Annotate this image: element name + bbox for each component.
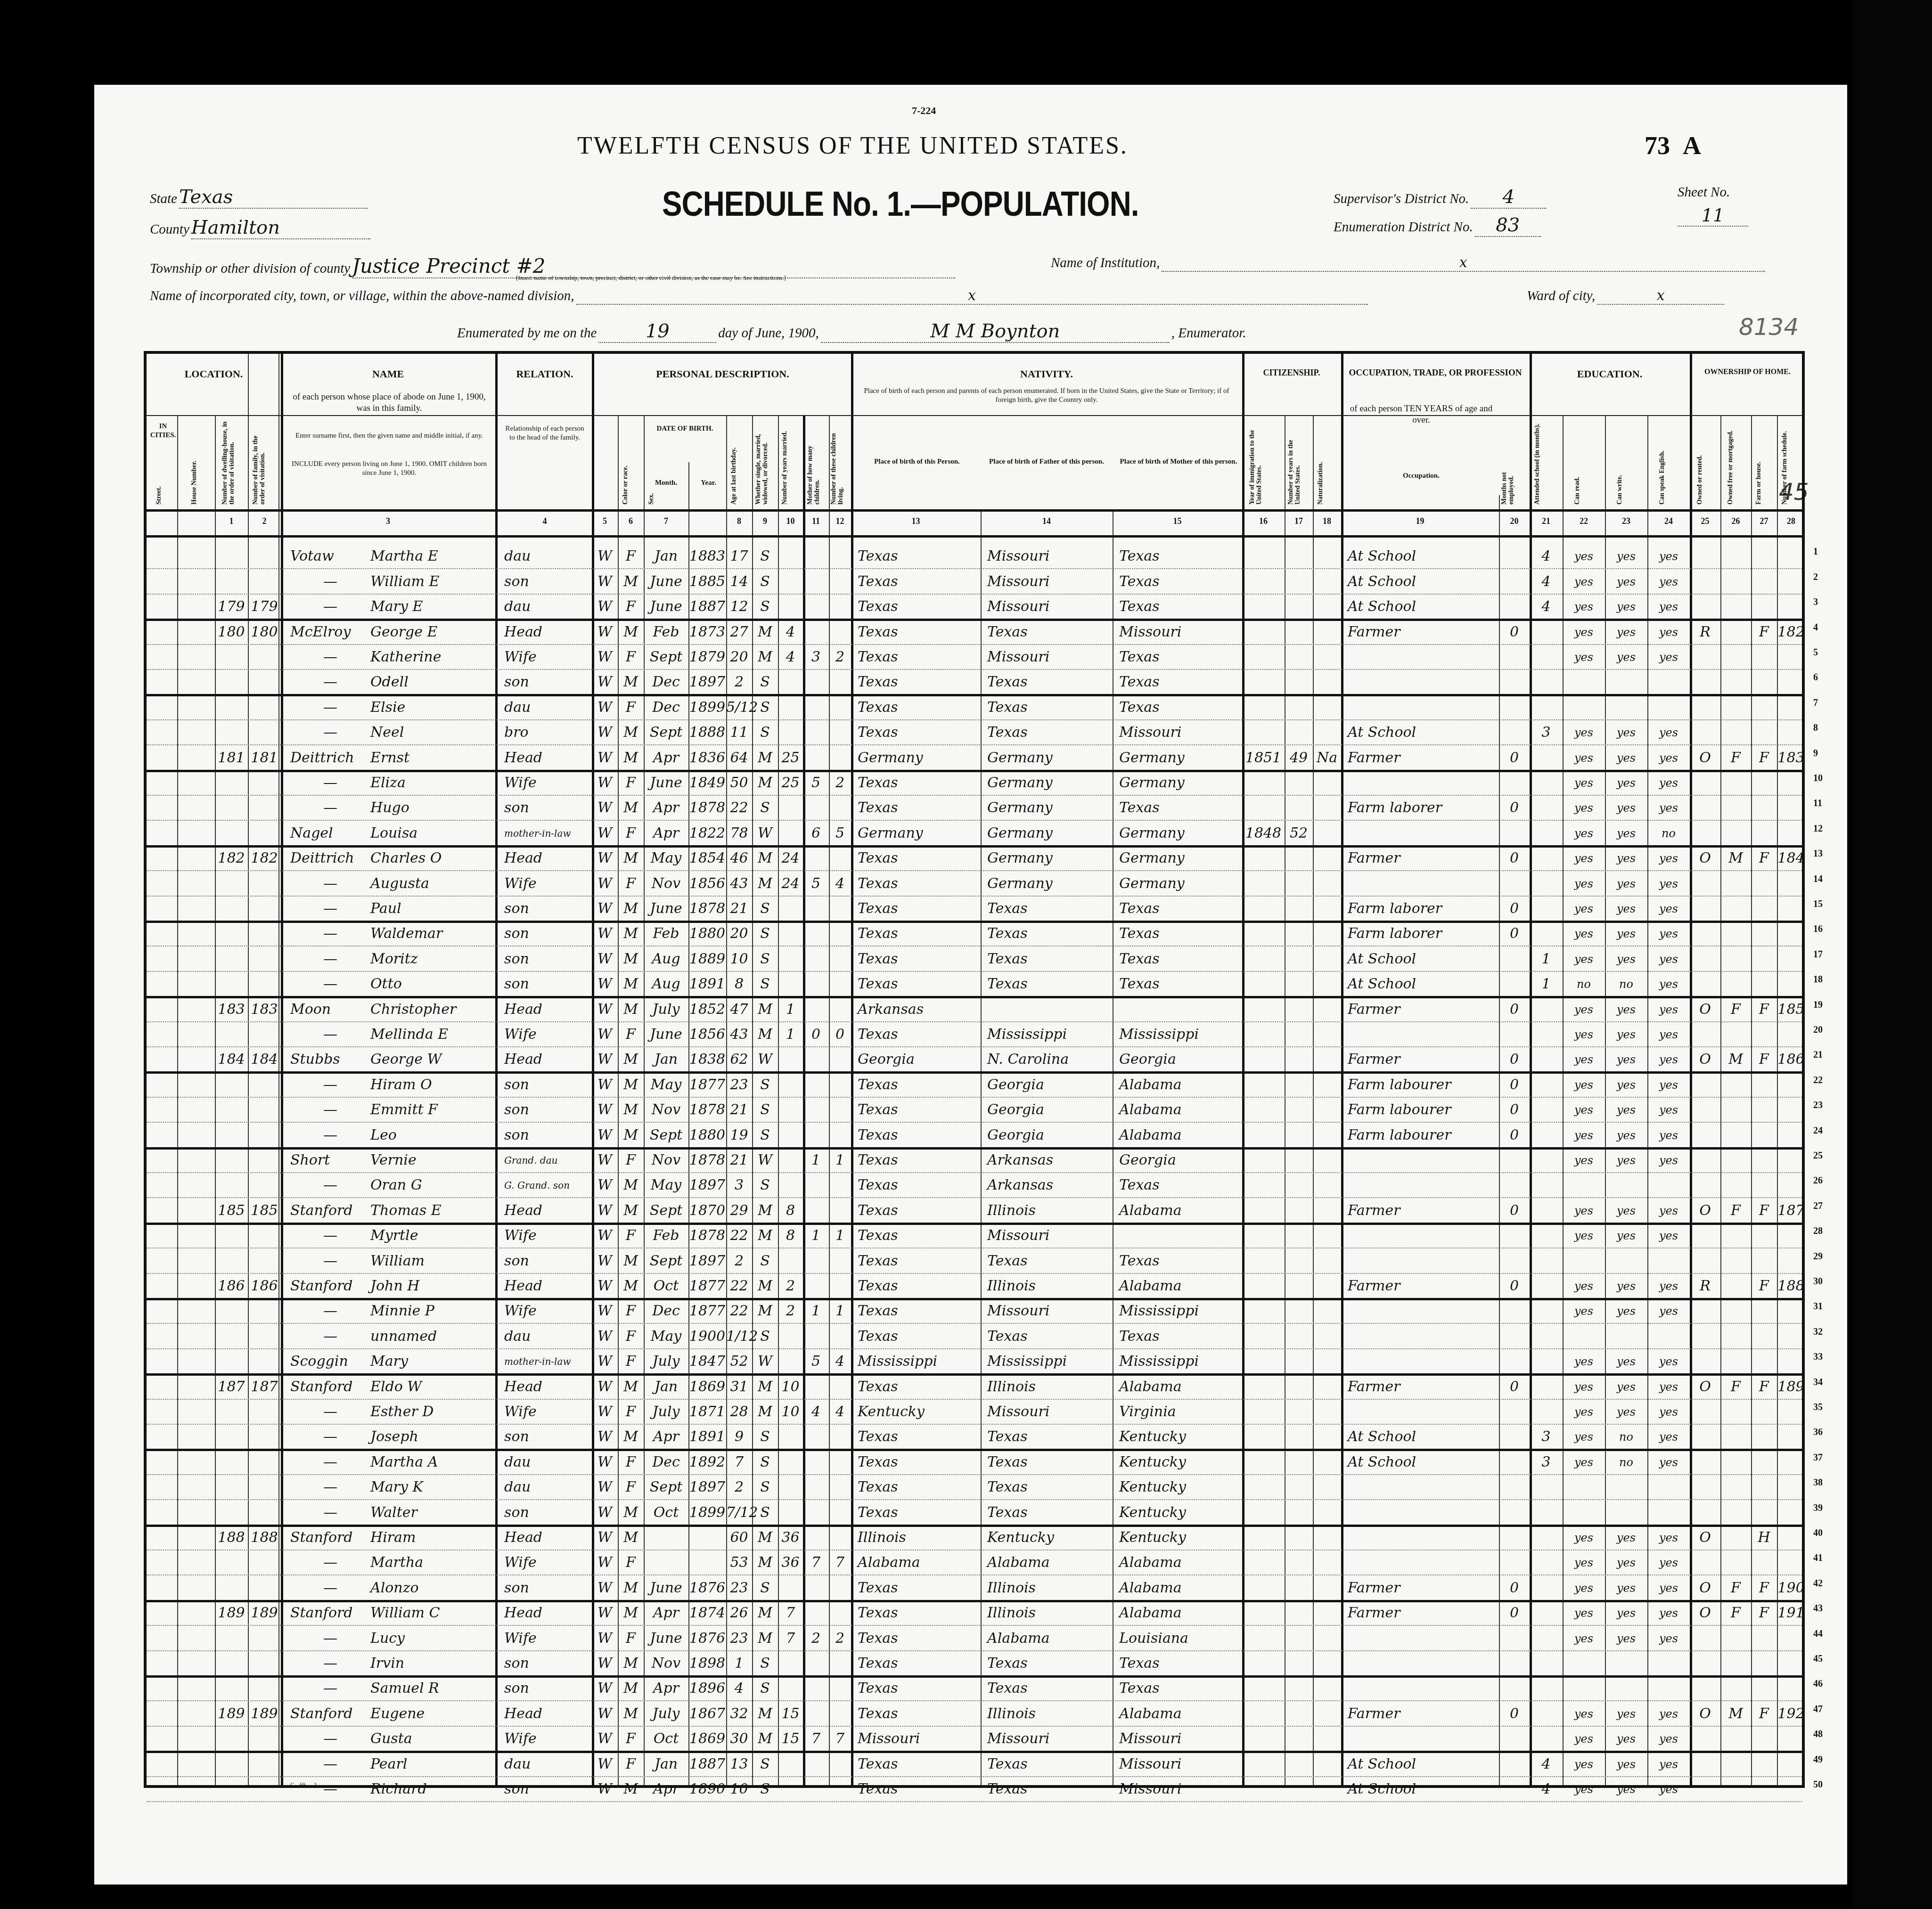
occupation — [1341, 1628, 1506, 1649]
person-name: StanfordHiram — [290, 1527, 493, 1549]
father-birthplace: Texas — [981, 1250, 1119, 1272]
mother-birthplace: Virginia — [1113, 1401, 1249, 1423]
years-in-us — [1285, 1225, 1313, 1247]
birth-year: 1878 — [688, 1150, 726, 1171]
color: W — [592, 1577, 618, 1599]
sex: F — [618, 1728, 644, 1750]
years-in-us — [1285, 948, 1313, 970]
farm-schedule-number — [1777, 873, 1805, 895]
enumerated-prefix: Enumerated by me on the — [457, 326, 597, 341]
months-in-school — [1530, 1225, 1563, 1247]
birthplace: Illinois — [851, 1527, 987, 1549]
person-name: —Odell — [290, 671, 493, 693]
person-name: StanfordThomas E — [290, 1200, 493, 1222]
birthplace: Texas — [851, 1452, 987, 1473]
immigration-year — [1242, 1351, 1285, 1372]
family-number — [248, 1150, 281, 1171]
row-line-number: 35 — [1813, 1402, 1823, 1413]
color: W — [592, 1602, 618, 1624]
column-number: 21 — [1530, 516, 1563, 526]
years-married — [778, 671, 803, 693]
sex: F — [618, 823, 644, 844]
sex: M — [618, 848, 644, 869]
enumeration-district-field: Enumeration District No. 83 — [1334, 214, 1541, 237]
surname: — — [290, 1250, 370, 1272]
ward-field: Ward of city, x — [1527, 287, 1724, 305]
children-living — [829, 1452, 851, 1473]
mother-birthplace: Georgia — [1113, 1150, 1249, 1171]
owned-or-rented — [1690, 873, 1720, 895]
children-living: 2 — [829, 646, 851, 668]
years-in-us — [1285, 546, 1313, 567]
children-living — [829, 1577, 851, 1599]
months-unemployed — [1499, 1778, 1530, 1800]
marital-status: S — [752, 1099, 778, 1121]
occupation: Farm labourer — [1341, 1125, 1506, 1146]
city-value: x — [576, 287, 1368, 305]
can-read: yes — [1563, 546, 1605, 567]
owned-or-rented — [1690, 1250, 1720, 1272]
farm-or-house — [1751, 1175, 1777, 1196]
occupation — [1341, 1678, 1506, 1699]
can-speak-english: yes — [1647, 722, 1690, 743]
months-unemployed — [1499, 948, 1530, 970]
free-or-mortgaged — [1720, 1300, 1751, 1322]
given-name: Katherine — [370, 649, 441, 665]
years-in-us — [1285, 1653, 1313, 1674]
family-number — [248, 1125, 281, 1146]
mother-birthplace: Kentucky — [1113, 1502, 1249, 1524]
owned-or-rented — [1690, 1778, 1720, 1800]
sex: F — [618, 1024, 644, 1045]
immigration-year — [1242, 1376, 1285, 1398]
can-write: yes — [1605, 1351, 1647, 1372]
surname: Stanford — [290, 1376, 370, 1398]
can-read: yes — [1563, 1778, 1605, 1800]
mother-birthplace: Alabama — [1113, 1125, 1249, 1146]
birth-year: 1870 — [688, 1200, 726, 1222]
occupation — [1341, 1175, 1506, 1196]
months-in-school — [1530, 1502, 1563, 1524]
immigration-year — [1242, 1250, 1285, 1272]
can-read: yes — [1563, 571, 1605, 593]
sex: M — [618, 1778, 644, 1800]
father-birthplace: Missouri — [981, 1401, 1119, 1423]
occupation: Farmer — [1341, 1577, 1506, 1599]
marital-status: M — [752, 1275, 778, 1297]
family-number — [248, 797, 281, 819]
years-in-us — [1285, 1049, 1313, 1070]
age: 4 — [726, 1678, 752, 1699]
table-row: —Emmitt FsonWMNov187821STexasGeorgiaAlab… — [147, 1096, 1802, 1122]
age: 12 — [726, 596, 752, 618]
birth-year: 1873 — [688, 621, 726, 643]
farm-or-house — [1751, 1125, 1777, 1146]
farm-or-house — [1751, 898, 1777, 920]
can-speak-english: yes — [1647, 1074, 1690, 1096]
children-living — [829, 1653, 851, 1674]
mother-birthplace: Mississippi — [1113, 1024, 1249, 1045]
marital-status: S — [752, 1477, 778, 1498]
months-in-school — [1530, 1653, 1563, 1674]
naturalization — [1313, 1653, 1341, 1674]
birth-year: 1897 — [688, 1175, 726, 1196]
immigration-year — [1242, 1074, 1285, 1096]
age: 10 — [726, 1778, 752, 1800]
row-line-number: 32 — [1813, 1327, 1823, 1338]
can-speak-english: yes — [1647, 546, 1690, 567]
children-living — [829, 1678, 851, 1699]
sex: M — [618, 948, 644, 970]
farm-or-house — [1751, 973, 1777, 995]
dwelling-number — [215, 772, 248, 794]
page-number-value: 73 — [1645, 131, 1670, 160]
can-write: yes — [1605, 596, 1647, 618]
immigration-year — [1242, 571, 1285, 593]
age: 7/12 — [726, 1502, 752, 1524]
given-name: Alonzo — [370, 1580, 419, 1596]
father-birthplace: Illinois — [981, 1200, 1119, 1222]
relation: son — [498, 571, 598, 593]
can-speak-english: yes — [1647, 772, 1690, 794]
can-write: yes — [1605, 621, 1647, 643]
mother-birthplace: Texas — [1113, 1326, 1249, 1347]
surname: — — [290, 948, 370, 970]
naturalization — [1313, 1074, 1341, 1096]
immigration-year — [1242, 1175, 1285, 1196]
owned-or-rented — [1690, 948, 1720, 970]
relation: mother-in-law — [498, 823, 598, 844]
dwelling-number — [215, 898, 248, 920]
months-in-school — [1530, 1628, 1563, 1649]
mother-birthplace: Alabama — [1113, 1602, 1249, 1624]
dwelling-number — [215, 671, 248, 693]
months-unemployed — [1499, 646, 1530, 668]
header-citizenship: CITIZENSHIP. — [1242, 368, 1341, 378]
birthplace: Texas — [851, 571, 987, 593]
family-number — [248, 646, 281, 668]
farm-schedule-number — [1777, 1502, 1805, 1524]
father-birthplace: Illinois — [981, 1275, 1119, 1297]
relation: son — [498, 1778, 598, 1800]
years-in-us — [1285, 1703, 1313, 1725]
can-read — [1563, 1653, 1605, 1674]
can-read: yes — [1563, 1125, 1605, 1146]
dwelling-number — [215, 1250, 248, 1272]
years-in-us — [1285, 571, 1313, 593]
marital-status: M — [752, 1300, 778, 1322]
months-in-school — [1530, 1552, 1563, 1574]
birth-month: Nov — [644, 1653, 688, 1674]
farm-schedule-number — [1777, 1150, 1805, 1171]
birth-year: 1836 — [688, 747, 726, 769]
table-row: 182182DeittrichCharles OHeadWMMay185446M… — [147, 845, 1802, 870]
given-name: Oran G — [370, 1177, 422, 1193]
marital-status: W — [752, 1049, 778, 1070]
col-house-number: House Number. — [191, 439, 205, 505]
sex: F — [618, 1150, 644, 1171]
dwelling-number — [215, 1452, 248, 1473]
occupation: At School — [1341, 948, 1506, 970]
father-birthplace: N. Carolina — [981, 1049, 1119, 1070]
relation: Wife — [498, 646, 598, 668]
table-row: —GustaWifeWFOct186930M1577MissouriMissou… — [147, 1725, 1802, 1751]
farm-schedule-number — [1777, 1754, 1805, 1775]
given-name: Emmitt F — [370, 1101, 438, 1118]
months-unemployed: 0 — [1499, 1049, 1530, 1070]
can-write: yes — [1605, 722, 1647, 743]
family-number — [248, 1577, 281, 1599]
can-read: yes — [1563, 898, 1605, 920]
can-read: yes — [1563, 1200, 1605, 1222]
free-or-mortgaged: F — [1720, 747, 1751, 769]
birth-month: Sept — [644, 722, 688, 743]
header-occupation: OCCUPATION, TRADE, OR PROFESSION — [1343, 368, 1527, 378]
owned-or-rented — [1690, 1326, 1720, 1347]
father-birthplace — [981, 999, 1119, 1020]
owned-or-rented — [1690, 1628, 1720, 1649]
farm-schedule-number: 184 — [1777, 848, 1805, 869]
birth-year: 1898 — [688, 1653, 726, 1674]
person-name: ShortVernie — [290, 1150, 493, 1171]
months-unemployed — [1499, 546, 1530, 567]
marital-status: W — [752, 823, 778, 844]
months-unemployed: 0 — [1499, 923, 1530, 945]
page-number: 73 A — [1645, 131, 1701, 160]
birthplace: Texas — [851, 1376, 987, 1398]
free-or-mortgaged — [1720, 1527, 1751, 1549]
birth-month: May — [644, 1175, 688, 1196]
naturalization — [1313, 1376, 1341, 1398]
months-unemployed — [1499, 1477, 1530, 1498]
age: 11 — [726, 722, 752, 743]
age: 28 — [726, 1401, 752, 1423]
can-write — [1605, 1326, 1647, 1347]
dwelling-number — [215, 1351, 248, 1372]
occupation: Farm labourer — [1341, 1074, 1506, 1096]
row-line-number: 43 — [1813, 1603, 1823, 1614]
birth-year: 1880 — [688, 1125, 726, 1146]
can-speak-english: yes — [1647, 1552, 1690, 1574]
mother-of-children — [803, 596, 829, 618]
can-write: yes — [1605, 1703, 1647, 1725]
father-birthplace: Mississippi — [981, 1024, 1119, 1045]
farm-schedule-number — [1777, 823, 1805, 844]
dwelling-number: 189 — [215, 1602, 248, 1624]
relation: Head — [498, 1527, 598, 1549]
age: 2 — [726, 1477, 752, 1498]
family-number — [248, 973, 281, 995]
owned-or-rented: O — [1690, 1200, 1720, 1222]
farm-schedule-number: 189 — [1777, 1376, 1805, 1398]
color: W — [592, 1703, 618, 1725]
sex: M — [618, 1074, 644, 1096]
owned-or-rented: O — [1690, 848, 1720, 869]
farm-or-house: F — [1751, 1577, 1777, 1599]
age: 21 — [726, 1099, 752, 1121]
owned-or-rented: O — [1690, 1049, 1720, 1070]
occupation — [1341, 697, 1506, 718]
mother-of-children — [803, 1527, 829, 1549]
can-write: yes — [1605, 1049, 1647, 1070]
can-write: yes — [1605, 1125, 1647, 1146]
relation: son — [498, 1125, 598, 1146]
column-number: 3 — [281, 516, 495, 526]
header-nativity-desc: Place of birth of each person and parent… — [856, 387, 1237, 405]
relation: son — [498, 1099, 598, 1121]
row-line-number: 28 — [1813, 1226, 1823, 1237]
can-read: yes — [1563, 1628, 1605, 1649]
birth-month: Apr — [644, 1778, 688, 1800]
birthplace: Missouri — [851, 1728, 987, 1750]
given-name: Moritz — [370, 951, 418, 967]
owned-or-rented — [1690, 1351, 1720, 1372]
can-read: yes — [1563, 1426, 1605, 1448]
surname: — — [290, 1099, 370, 1121]
naturalization — [1313, 1628, 1341, 1649]
occupation: At School — [1341, 596, 1506, 618]
relation: son — [498, 923, 598, 945]
can-speak-english: yes — [1647, 1602, 1690, 1624]
can-read: yes — [1563, 1024, 1605, 1045]
person-name: NagelLouisa — [290, 823, 493, 844]
mother-birthplace: Texas — [1113, 596, 1249, 618]
surname: Moon — [290, 999, 370, 1020]
mother-of-children — [803, 546, 829, 567]
months-in-school — [1530, 697, 1563, 718]
occupation: Farmer — [1341, 621, 1506, 643]
mother-of-children — [803, 1125, 829, 1146]
age: 29 — [726, 1200, 752, 1222]
marital-status: M — [752, 873, 778, 895]
given-name: Mary — [370, 1353, 408, 1370]
birth-month: Apr — [644, 747, 688, 769]
birth-month: Jan — [644, 1754, 688, 1775]
relation: G. Grand. son — [498, 1175, 598, 1196]
years-married — [778, 1125, 803, 1146]
family-number: 180 — [248, 621, 281, 643]
years-married — [778, 1502, 803, 1524]
header-in-cities: IN CITIES. — [147, 422, 180, 440]
years-married — [778, 1577, 803, 1599]
given-name: Gusta — [370, 1730, 412, 1747]
months-unemployed — [1499, 1552, 1530, 1574]
birth-year: 1867 — [688, 1703, 726, 1725]
months-unemployed: 0 — [1499, 848, 1530, 869]
mother-birthplace: Mississippi — [1113, 1300, 1249, 1322]
mother-of-children: 1 — [803, 1150, 829, 1171]
can-speak-english — [1647, 1678, 1690, 1699]
farm-schedule-number — [1777, 1628, 1805, 1649]
column-number: 10 — [778, 516, 803, 526]
color: W — [592, 1049, 618, 1070]
birth-year: 1869 — [688, 1728, 726, 1750]
row-line-number: 40 — [1813, 1528, 1823, 1539]
sex: M — [618, 747, 644, 769]
occupation: At School — [1341, 722, 1506, 743]
row-line-number: 10 — [1813, 773, 1823, 784]
table-row: —MoritzsonWMAug188910STexasTexasTexasAt … — [147, 946, 1802, 971]
marital-status: M — [752, 1602, 778, 1624]
father-birthplace: Germany — [981, 873, 1119, 895]
birth-year: 1878 — [688, 1099, 726, 1121]
years-in-us — [1285, 797, 1313, 819]
birth-year: 1890 — [688, 1778, 726, 1800]
months-in-school — [1530, 873, 1563, 895]
marital-status: S — [752, 1175, 778, 1196]
months-in-school: 1 — [1530, 948, 1563, 970]
person-name: —Katherine — [290, 646, 493, 668]
marital-status: M — [752, 1376, 778, 1398]
book-binding-edge — [1852, 0, 1932, 1909]
children-living — [829, 1527, 851, 1549]
age: 5/12 — [726, 697, 752, 718]
sex: M — [618, 1250, 644, 1272]
family-number: 189 — [248, 1703, 281, 1725]
surname: — — [290, 1326, 370, 1347]
table-row: —ElizaWifeWFJune184950M2552TexasGermanyG… — [147, 769, 1802, 795]
marital-status: S — [752, 948, 778, 970]
months-unemployed — [1499, 1426, 1530, 1448]
can-read — [1563, 697, 1605, 718]
birth-month: Apr — [644, 1602, 688, 1624]
children-living — [829, 1200, 851, 1222]
mother-of-children: 5 — [803, 873, 829, 895]
free-or-mortgaged — [1720, 1250, 1751, 1272]
row-line-number: 15 — [1813, 899, 1823, 910]
immigration-year — [1242, 671, 1285, 693]
header-name-instr1: Enter surname first, then the given name… — [288, 432, 491, 441]
owned-or-rented: R — [1690, 1275, 1720, 1297]
row-line-number: 24 — [1813, 1126, 1823, 1136]
table-row: 187187StanfordEldo WHeadWMJan186931M10Te… — [147, 1373, 1802, 1399]
years-in-us — [1285, 1502, 1313, 1524]
free-or-mortgaged — [1720, 1728, 1751, 1750]
marital-status: M — [752, 999, 778, 1020]
table-row: —WaldemarsonWMFeb188020STexasTexasTexasF… — [147, 920, 1802, 946]
can-speak-english — [1647, 697, 1690, 718]
person-name: —Alonzo — [290, 1577, 493, 1599]
mother-of-children — [803, 1577, 829, 1599]
person-name: —Moritz — [290, 948, 493, 970]
age: 21 — [726, 898, 752, 920]
birthplace: Texas — [851, 1225, 987, 1247]
surname: — — [290, 1552, 370, 1574]
months-in-school — [1530, 1477, 1563, 1498]
surname: — — [290, 1426, 370, 1448]
months-unemployed: 0 — [1499, 1602, 1530, 1624]
free-or-mortgaged — [1720, 873, 1751, 895]
col-month: Month. — [646, 479, 686, 488]
mother-birthplace: Alabama — [1113, 1577, 1249, 1599]
age: 9 — [726, 1426, 752, 1448]
farm-schedule-number — [1777, 1452, 1805, 1473]
sex: F — [618, 1477, 644, 1498]
can-read: yes — [1563, 722, 1605, 743]
occupation — [1341, 671, 1506, 693]
birthplace: Texas — [851, 1653, 987, 1674]
surname: — — [290, 1024, 370, 1045]
immigration-year — [1242, 1326, 1285, 1347]
years-in-us — [1285, 973, 1313, 995]
mother-of-children — [803, 848, 829, 869]
surname: — — [290, 1502, 370, 1524]
sex: F — [618, 1754, 644, 1775]
table-row: —Martha AdauWFDec18927STexasTexasKentuck… — [147, 1449, 1802, 1474]
birth-month: June — [644, 1577, 688, 1599]
relation: dau — [498, 1326, 598, 1347]
relation: mother-in-law — [498, 1351, 598, 1372]
